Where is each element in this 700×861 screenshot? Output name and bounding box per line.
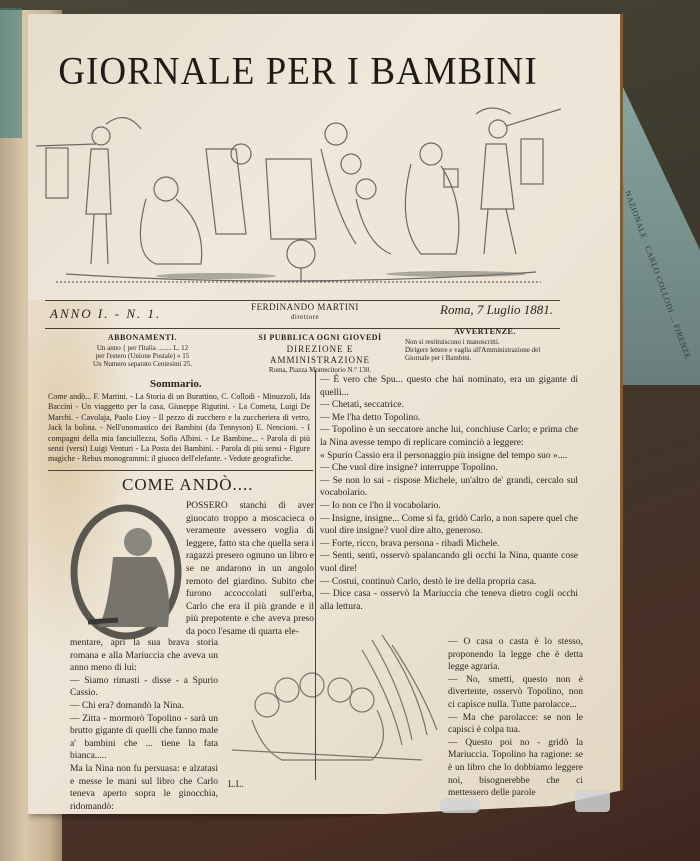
director-name: FERDINANDO MARTINI [251, 302, 359, 312]
publication-box: SI PUBBLICA OGNI GIOVEDÌ DIREZIONE E AMM… [240, 334, 400, 374]
publication-address: Roma, Piazza Montecitorio N.° 130. [240, 366, 400, 374]
director-block: FERDINANDO MARTINI direttore [240, 302, 370, 322]
avvertenze-title: AVVERTENZE. [405, 328, 565, 336]
article-column-1-intro: POSSERO stanchi di aver giuocato troppo … [186, 500, 314, 639]
abbonamenti-box: ABBONAMENTI. Un anno { per l'Italia ....… [55, 334, 230, 368]
article-column-1-continued: mentare, aprì la sua brava storia romana… [70, 637, 218, 813]
abbonamenti-line: Un anno { per l'Italia ........ L. 12 [55, 344, 230, 352]
avvertenze-line: Non si restituiscono i manoscritti. [405, 338, 565, 346]
avvertenze-line: Dirigere lettere e vaglia all'Amministra… [405, 346, 565, 362]
publication-title: SI PUBBLICA OGNI GIOVEDÌ [240, 334, 400, 342]
issue-date: Roma, 7 Luglio 1881. [440, 302, 553, 318]
issue-number: ANNO I. - N. 1. [50, 306, 161, 322]
article-column-2-top: — È vero che Spu... questo che hai nomin… [320, 374, 578, 613]
article-column-2-bottom: — O casa o casta è lo stesso, proponendo… [448, 636, 583, 800]
header-rule-top [45, 300, 560, 301]
abbonamenti-line: Un Numero separato Centesimi 25. [55, 360, 230, 368]
sommario-text: Come andò... F. Martini. - La Storia di … [48, 392, 310, 465]
sommario-rule [48, 470, 313, 471]
publication-direction: DIREZIONE E AMMINISTRAZIONE [240, 344, 400, 366]
avvertenze-box: AVVERTENZE. Non si restituiscono i manos… [405, 328, 565, 362]
sommario-title: Sommario. [150, 378, 202, 390]
paper-tear-right [575, 790, 610, 812]
paper-tear-bottom [440, 798, 480, 813]
masthead-illustration [36, 104, 561, 292]
illustration-credit: L.L. [228, 779, 244, 789]
abbonamenti-line: per l'estero (Unione Postale) » 15 [55, 352, 230, 360]
masthead-title: GIORNALE PER I BAMBINI [38, 49, 558, 94]
children-reading-illustration [222, 630, 447, 790]
book-binding-cloth [0, 8, 22, 138]
article-title: COME ANDÒ.... [122, 475, 254, 495]
initial-letter-o-portrait [68, 502, 186, 642]
abbonamenti-title: ABBONAMENTI. [55, 334, 230, 342]
director-role: direttore [240, 312, 370, 322]
